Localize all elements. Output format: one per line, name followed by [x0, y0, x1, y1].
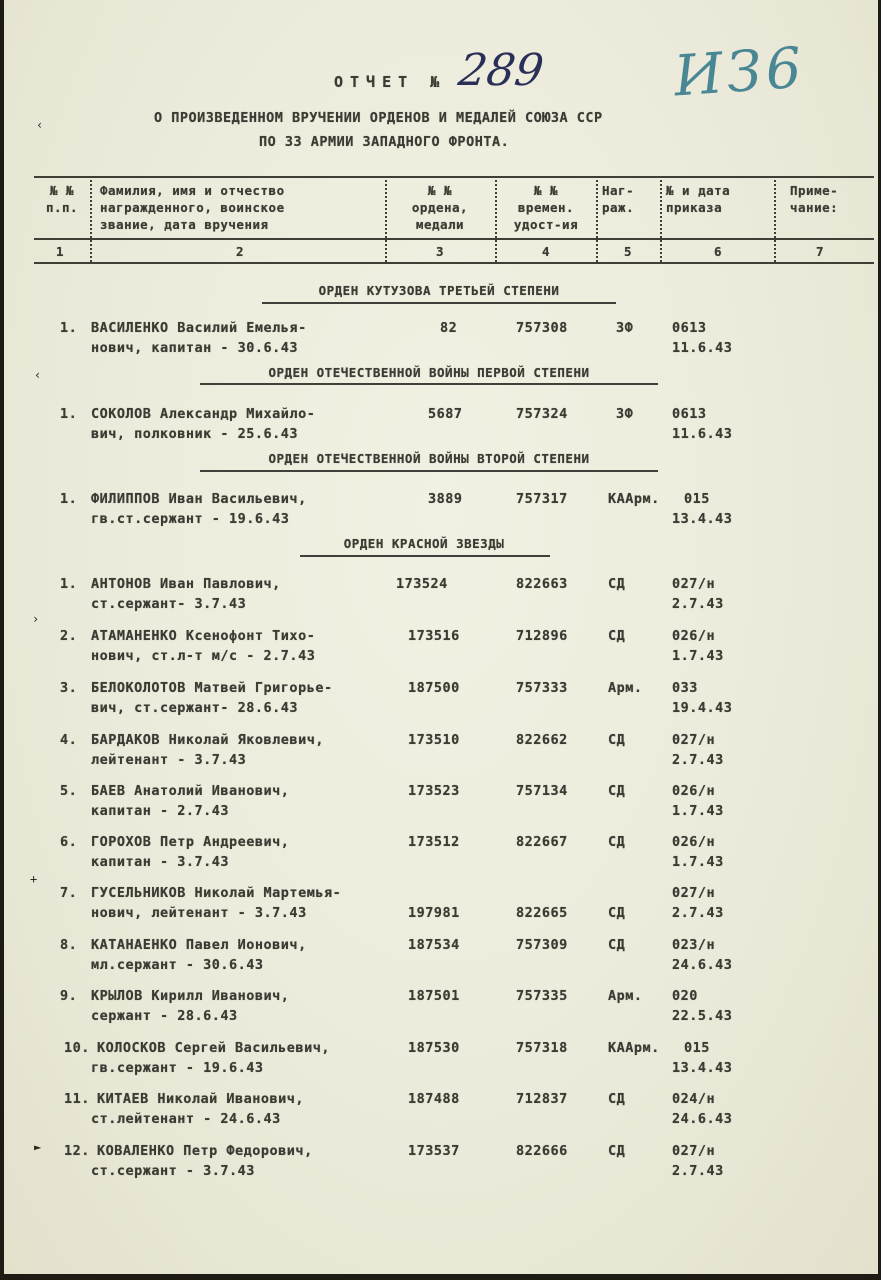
section-underline	[300, 555, 550, 557]
col-number-7: 7	[816, 244, 824, 259]
table-row: 4. БАРДАКОВ Николай Яковлевич, лейтенант…	[4, 730, 878, 770]
col-number-1: 1	[56, 244, 64, 259]
section-underline	[200, 470, 658, 472]
col-number-2: 2	[236, 244, 244, 259]
table-row: 2. АТАМАНЕНКО Ксенофонт Тихо- нович, ст.…	[4, 626, 878, 666]
table-row: 1. ФИЛИППОВ Иван Васильевич, гв.ст.сержа…	[4, 489, 878, 529]
section-title-patriotic-war-1: ОРДЕН ОТЕЧЕСТВЕННОЙ ВОЙНЫ ПЕРВОЙ СТЕПЕНИ	[194, 365, 664, 380]
document-title: ОТЧЕТ №	[334, 73, 446, 91]
table-row: 6. ГОРОХОВ Петр Андреевич, капитан - 3.7…	[4, 832, 878, 872]
col-divider	[596, 180, 598, 262]
col-number-6: 6	[714, 244, 722, 259]
document-subtitle-line2: ПО 33 АРМИИ ЗАПАДНОГО ФРОНТА.	[259, 134, 509, 150]
col-divider	[385, 180, 387, 262]
margin-mark: ›	[32, 612, 39, 626]
section-title-patriotic-war-2: ОРДЕН ОТЕЧЕСТВЕННОЙ ВОЙНЫ ВТОРОЙ СТЕПЕНИ	[194, 451, 664, 466]
col-divider	[774, 180, 776, 262]
header-top-rule	[34, 176, 874, 178]
table-row: 12. КОВАЛЕНКО Петр Федорович, ст.сержант…	[4, 1141, 878, 1181]
col-divider	[495, 180, 497, 262]
header-col-7: Приме- чание:	[790, 182, 838, 216]
col-divider	[660, 180, 662, 262]
table-row: 3. БЕЛОКОЛОТОВ Матвей Григорье- вич, ст.…	[4, 678, 878, 718]
section-title-red-star: ОРДЕН КРАСНОЙ ЗВЕЗДЫ	[294, 536, 554, 551]
table-row: 9. КРЫЛОВ Кирилл Иванович, сержант - 28.…	[4, 986, 878, 1026]
section-underline	[262, 302, 616, 304]
handwritten-archive-mark: ИЗ6	[672, 35, 808, 109]
col-number-3: 3	[436, 244, 444, 259]
table-row: 1. ВАСИЛЕНКО Василий Емелья- нович, капи…	[4, 318, 878, 358]
table-row: 1. АНТОНОВ Иван Павлович, ст.сержант- 3.…	[4, 574, 878, 614]
table-row: 11. КИТАЕВ Николай Иванович, ст.лейтенан…	[4, 1089, 878, 1129]
header-col-1: № № п.п.	[36, 182, 88, 216]
section-title-kutuzov-3: ОРДЕН КУТУЗОВА ТРЕТЬЕЙ СТЕПЕНИ	[254, 283, 624, 298]
margin-mark: +	[30, 872, 37, 886]
header-col-4: № № времен. удост-ия	[500, 182, 592, 233]
margin-mark: ►	[34, 1140, 41, 1154]
header-col-3: № № ордена, медали	[392, 182, 488, 233]
col-divider	[90, 180, 92, 262]
header-col-2: Фамилия, имя и отчество награжденного, в…	[100, 182, 285, 233]
table-row: 10. КОЛОСКОВ Сергей Васильевич, гв.сержа…	[4, 1038, 878, 1078]
document-subtitle-line1: О ПРОИЗВЕДЕННОМ ВРУЧЕНИИ ОРДЕНОВ И МЕДАЛ…	[154, 110, 603, 126]
section-underline	[200, 383, 658, 385]
header-col-5: Наг- раж.	[602, 182, 634, 216]
col-number-4: 4	[542, 244, 550, 259]
table-row: 1. СОКОЛОВ Александр Михайло- вич, полко…	[4, 404, 878, 444]
document-page: ОТЧЕТ № 289 ИЗ6 О ПРОИЗВЕДЕННОМ ВРУЧЕНИИ…	[4, 0, 878, 1274]
header-mid-rule	[34, 238, 874, 240]
table-row: 8. КАТАНАЕНКО Павел Ионович, мл.сержант …	[4, 935, 878, 975]
table-row: 5. БАЕВ Анатолий Иванович, капитан - 2.7…	[4, 781, 878, 821]
margin-mark: ‹	[34, 368, 41, 382]
header-bottom-rule	[34, 262, 874, 264]
table-row: 7. ГУСЕЛЬНИКОВ Николай Мартемья- нович, …	[4, 883, 878, 923]
col-number-5: 5	[624, 244, 632, 259]
header-col-6: № и дата приказа	[666, 182, 730, 216]
margin-mark: ‹	[36, 118, 43, 132]
handwritten-report-number: 289	[455, 45, 546, 96]
